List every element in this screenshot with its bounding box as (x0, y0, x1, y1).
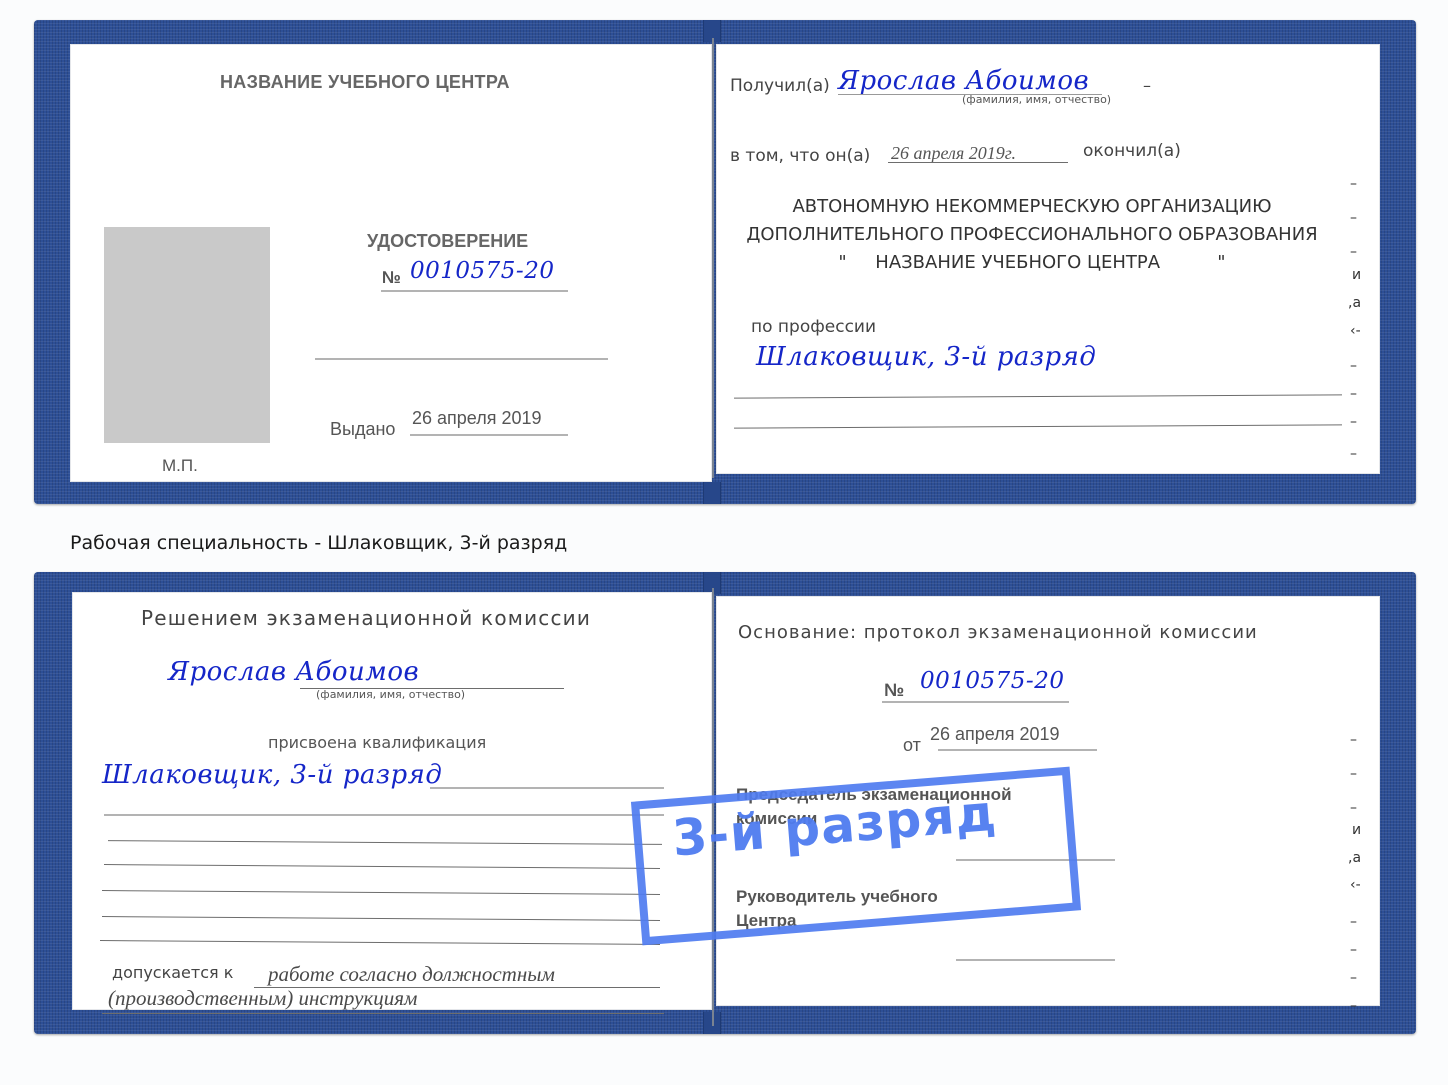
certificate-number: 0010575-20 (410, 258, 554, 284)
admitted-label: допускается к (112, 963, 233, 982)
protocol-date: 26 апреля 2019 (930, 724, 1060, 745)
recipient-name: Ярослав Абоимов (838, 66, 1089, 96)
qualification-label: присвоена квалификация (268, 733, 486, 752)
basis-heading: Основание: протокол экзаменационной коми… (738, 622, 1258, 643)
top-fold (712, 38, 714, 478)
signature-line (315, 358, 608, 360)
completion-date: 26 апреля 2019г. (891, 143, 1016, 164)
head-signature-line (956, 959, 1115, 961)
protocol-date-underline (938, 749, 1097, 751)
org-line-1: АВТОНОМНУЮ НЕКОММЕРЧЕСКУЮ ОРГАНИЗАЦИЮ (720, 196, 1344, 217)
decision-heading: Решением экзаменационной комиссии (141, 606, 591, 630)
qualification-line-1 (430, 787, 664, 789)
that-label: в том, что он(а) (730, 146, 870, 166)
admitted-underline-2 (102, 1013, 664, 1014)
protocol-number-underline (882, 701, 1069, 703)
org-line-3: " НАЗВАНИЕ УЧЕБНОГО ЦЕНТРА " (720, 252, 1344, 273)
specialty-caption: Рабочая специальность - Шлаковщик, 3-й р… (70, 532, 567, 554)
document-title: УДОСТОВЕРЕНИЕ (367, 231, 528, 252)
issued-date: 26 апреля 2019 (412, 408, 542, 429)
protocol-date-label: от (903, 735, 921, 756)
profession-value: Шлаковщик, 3-й разряд (756, 342, 1096, 372)
stamp-place-label: М.П. (162, 456, 198, 476)
admitted-line-2: (производственным) инструкциям (108, 986, 417, 1011)
admitted-line-1: работе согласно должностным (268, 962, 555, 987)
qualification-line-2 (104, 814, 664, 816)
dash-mark: – (1143, 76, 1151, 95)
protocol-number-sign: № (884, 680, 904, 701)
completed-label: окончил(а) (1083, 141, 1181, 161)
protocol-number: 0010575-20 (920, 668, 1064, 694)
bottom-left-page (72, 592, 712, 1010)
qualification-value: Шлаковщик, 3-й разряд (102, 760, 442, 790)
recipient-name-hint: (фамилия, имя, отчество) (962, 93, 1111, 106)
number-sign: № (382, 268, 401, 288)
completion-date-underline (888, 162, 1068, 163)
center-name-heading: НАЗВАНИЕ УЧЕБНОГО ЦЕНТРА (220, 72, 510, 93)
top-spine-tab-bottom (703, 482, 721, 504)
profession-label: по профессии (751, 317, 876, 337)
photo-placeholder (104, 227, 270, 443)
number-underline (381, 290, 568, 292)
issued-label: Выдано (330, 419, 395, 440)
issued-date-underline (410, 434, 568, 436)
org-line-2: ДОПОЛНИТЕЛЬНОГО ПРОФЕССИОНАЛЬНОГО ОБРАЗО… (720, 224, 1344, 245)
person-name-hint: (фамилия, имя, отчество) (316, 688, 465, 701)
received-label: Получил(а) (730, 76, 830, 96)
person-name: Ярослав Абоимов (168, 657, 419, 687)
